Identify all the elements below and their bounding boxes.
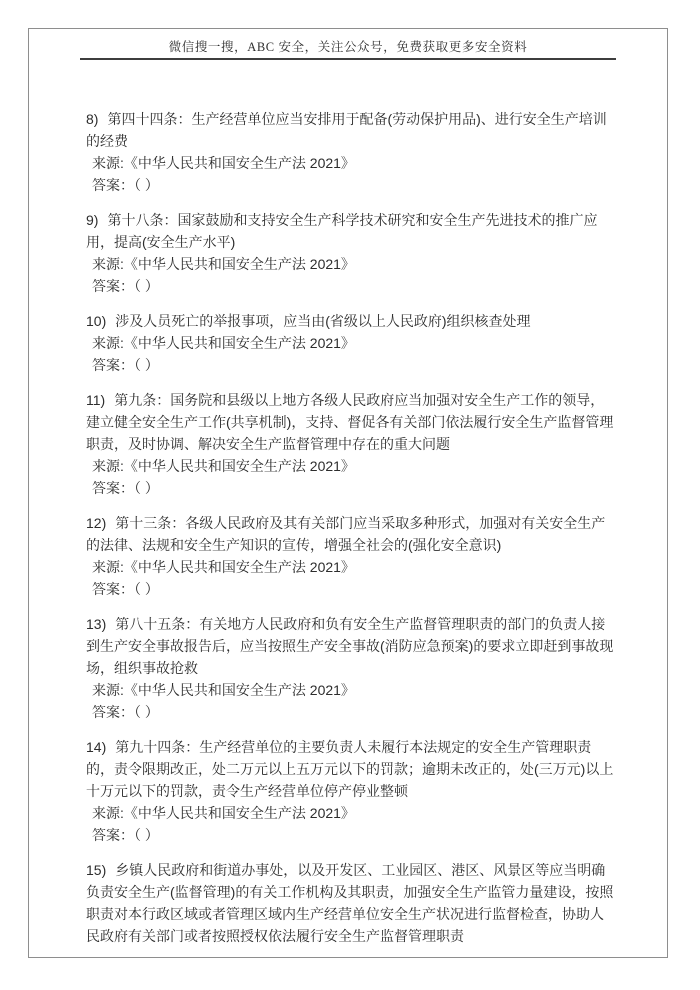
header-rule bbox=[80, 58, 616, 60]
question-number: 8) bbox=[86, 111, 98, 127]
question-text: 9)第十八条：国家鼓励和支持安全生产科学技术研究和安全生产先进技术的推广应用，提… bbox=[86, 209, 617, 253]
question-text: 13)第八十五条：有关地方人民政府和负有安全生产监督管理职责的部门的负责人接到生… bbox=[86, 613, 617, 679]
question-list: 8)第四十四条：生产经营单位应当安排用于配备(劳动保护用品)、进行安全生产培训的… bbox=[29, 108, 667, 947]
question-text: 14)第九十四条：生产经营单位的主要负责人未履行本法规定的安全生产管理职责的，责… bbox=[86, 736, 617, 802]
question-number: 14) bbox=[86, 739, 106, 755]
question-answer: 答案：（ ） bbox=[86, 578, 617, 600]
header-banner: 微信搜一搜，ABC 安全，关注公众号，免费获取更多安全资料 bbox=[29, 39, 667, 55]
question-body: 第十三条：各级人民政府及其有关部门应当采取多种形式，加强对有关安全生产的法律、法… bbox=[86, 515, 605, 553]
question-number: 13) bbox=[86, 616, 106, 632]
question-answer: 答案：（ ） bbox=[86, 174, 617, 196]
question-item: 11)第九条：国务院和县级以上地方各级人民政府应当加强对安全生产工作的领导，建立… bbox=[86, 389, 617, 499]
question-body: 第四十四条：生产经营单位应当安排用于配备(劳动保护用品)、进行安全生产培训的经费 bbox=[86, 111, 607, 149]
question-text: 12)第十三条：各级人民政府及其有关部门应当采取多种形式，加强对有关安全生产的法… bbox=[86, 512, 617, 556]
question-body: 第九条：国务院和县级以上地方各级人民政府应当加强对安全生产工作的领导，建立健全安… bbox=[86, 392, 613, 452]
question-item: 15)乡镇人民政府和街道办事处，以及开发区、工业园区、港区、风景区等应当明确负责… bbox=[86, 859, 617, 947]
question-text: 8)第四十四条：生产经营单位应当安排用于配备(劳动保护用品)、进行安全生产培训的… bbox=[86, 108, 617, 152]
question-number: 12) bbox=[86, 515, 106, 531]
question-item: 13)第八十五条：有关地方人民政府和负有安全生产监督管理职责的部门的负责人接到生… bbox=[86, 613, 617, 723]
question-answer: 答案：（ ） bbox=[86, 824, 617, 846]
question-body: 第八十五条：有关地方人民政府和负有安全生产监督管理职责的部门的负责人接到生产安全… bbox=[86, 616, 613, 676]
question-number: 15) bbox=[86, 862, 106, 878]
question-item: 8)第四十四条：生产经营单位应当安排用于配备(劳动保护用品)、进行安全生产培训的… bbox=[86, 108, 617, 196]
question-body: 乡镇人民政府和街道办事处，以及开发区、工业园区、港区、风景区等应当明确负责安全生… bbox=[86, 862, 613, 944]
question-answer: 答案：（ ） bbox=[86, 701, 617, 723]
question-answer: 答案：（ ） bbox=[86, 275, 617, 297]
question-answer: 答案：（ ） bbox=[86, 477, 617, 499]
question-number: 10) bbox=[86, 313, 106, 329]
question-source: 来源:《中华人民共和国安全生产法 2021》 bbox=[86, 455, 617, 477]
question-answer: 答案：（ ） bbox=[86, 354, 617, 376]
question-number: 9) bbox=[86, 212, 98, 228]
question-source: 来源:《中华人民共和国安全生产法 2021》 bbox=[86, 253, 617, 275]
question-source: 来源:《中华人民共和国安全生产法 2021》 bbox=[86, 679, 617, 701]
question-text: 11)第九条：国务院和县级以上地方各级人民政府应当加强对安全生产工作的领导，建立… bbox=[86, 389, 617, 455]
question-source: 来源:《中华人民共和国安全生产法 2021》 bbox=[86, 332, 617, 354]
question-body: 第十八条：国家鼓励和支持安全生产科学技术研究和安全生产先进技术的推广应用，提高(… bbox=[86, 212, 597, 250]
question-source: 来源:《中华人民共和国安全生产法 2021》 bbox=[86, 802, 617, 824]
document-page: 微信搜一搜，ABC 安全，关注公众号，免费获取更多安全资料 8)第四十四条：生产… bbox=[28, 28, 668, 958]
question-text: 10)涉及人员死亡的举报事项，应当由(省级以上人民政府)组织核查处理 bbox=[86, 310, 617, 332]
question-text: 15)乡镇人民政府和街道办事处，以及开发区、工业园区、港区、风景区等应当明确负责… bbox=[86, 859, 617, 947]
question-source: 来源:《中华人民共和国安全生产法 2021》 bbox=[86, 556, 617, 578]
question-item: 10)涉及人员死亡的举报事项，应当由(省级以上人民政府)组织核查处理 来源:《中… bbox=[86, 310, 617, 376]
question-body: 第九十四条：生产经营单位的主要负责人未履行本法规定的安全生产管理职责的，责令限期… bbox=[86, 739, 613, 799]
question-number: 11) bbox=[86, 392, 105, 408]
question-item: 14)第九十四条：生产经营单位的主要负责人未履行本法规定的安全生产管理职责的，责… bbox=[86, 736, 617, 846]
question-item: 12)第十三条：各级人民政府及其有关部门应当采取多种形式，加强对有关安全生产的法… bbox=[86, 512, 617, 600]
question-source: 来源:《中华人民共和国安全生产法 2021》 bbox=[86, 152, 617, 174]
question-item: 9)第十八条：国家鼓励和支持安全生产科学技术研究和安全生产先进技术的推广应用，提… bbox=[86, 209, 617, 297]
question-body: 涉及人员死亡的举报事项，应当由(省级以上人民政府)组织核查处理 bbox=[115, 313, 530, 329]
